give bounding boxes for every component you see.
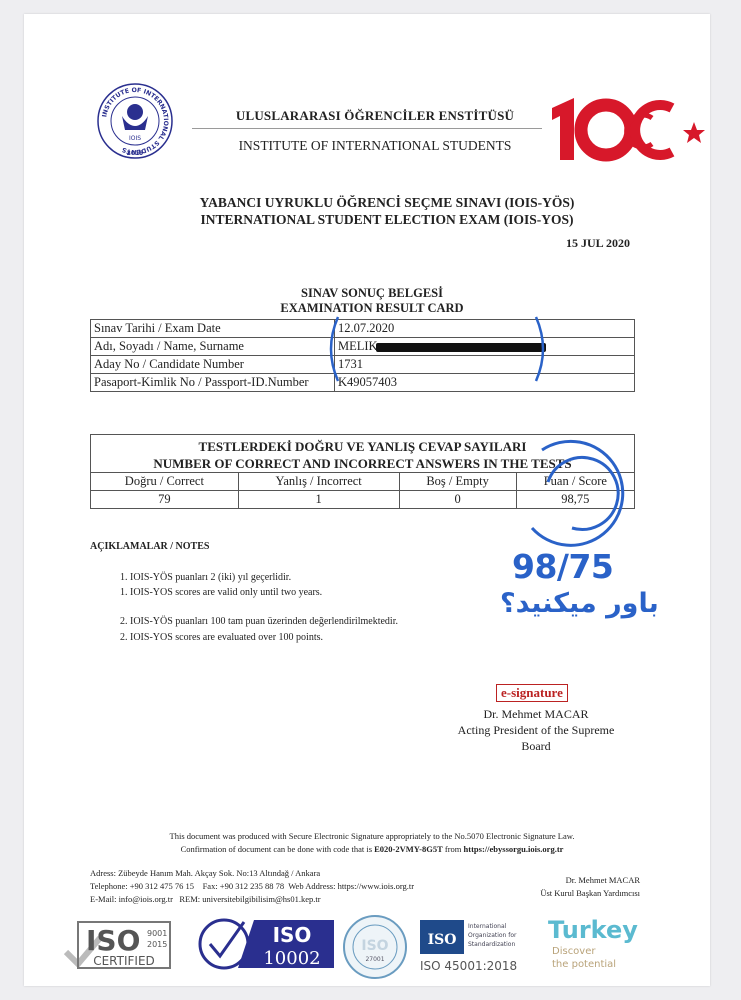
column-header-correct: Doğru / Correct <box>91 473 239 491</box>
svg-text:ISO: ISO <box>86 924 140 957</box>
svg-text:10002: 10002 <box>263 948 320 969</box>
signatory-title-line1: Acting President of the Supreme <box>426 722 646 738</box>
test-results-table: TESTLERDEKİ DOĞRU VE YANLIŞ CEVAP SAYILA… <box>90 434 635 509</box>
table-row: Sınav Tarihi / Exam Date 12.07.2020 <box>91 320 635 338</box>
web-address[interactable]: Web Address: https://www.iois.org.tr <box>288 881 414 891</box>
phone-fax-web: Telephone: +90 312 475 76 15 Fax: +90 31… <box>90 880 414 893</box>
note-2-en: 2. IOIS-YOS scores are evaluated over 10… <box>120 632 323 643</box>
note-1-tr: 1. IOIS-YÖS puanları 2 (iki) yıl geçerli… <box>120 572 291 583</box>
svg-text:International: International <box>468 923 507 930</box>
candidate-number-label: Aday No / Candidate Number <box>91 356 335 374</box>
column-header-incorrect: Yanlış / Incorrect <box>238 473 399 491</box>
svg-text:2015: 2015 <box>147 940 167 949</box>
svg-text:ISO 45001:2018: ISO 45001:2018 <box>420 959 517 973</box>
table-header-row: Doğru / Correct Yanlış / Incorrect Boş /… <box>91 473 635 491</box>
tests-title: TESTLERDEKİ DOĞRU VE YANLIŞ CEVAP SAYILA… <box>91 435 635 473</box>
name-visible-part: MELIK <box>338 339 378 353</box>
verification-link[interactable]: https://ebyssorgu.iois.org.tr <box>464 844 564 854</box>
email-rem: E-Mail: info@iois.org.tr REM: universite… <box>90 893 414 906</box>
name-value: MELIK <box>335 338 635 356</box>
iois-seal-logo: INSTITUTE OF INTERNATIONAL STUDENTS IOIS… <box>96 82 174 160</box>
name-redaction <box>376 343 546 352</box>
legal-notice: This document was produced with Secure E… <box>24 830 710 856</box>
iso-10002-logo: ISO 10002 <box>196 914 336 974</box>
column-header-empty: Boş / Empty <box>399 473 516 491</box>
name-label: Adı, Soyadı / Name, Surname <box>91 338 335 356</box>
svg-text:CERTIFIED: CERTIFIED <box>93 954 155 968</box>
svg-text:Organization for: Organization for <box>468 932 517 939</box>
signatory-title-line2: Board <box>426 738 646 754</box>
iso-45001-logo: ISO International Organization for Stand… <box>418 914 528 976</box>
turkey-discover-logo: Turkey Discover the potential <box>546 914 656 976</box>
incorrect-count: 1 <box>238 491 399 509</box>
exam-title-tr: YABANCI UYRUKLU ÖĞRENCİ SEÇME SINAVI (IO… <box>64 194 710 211</box>
rem-address: REM: universitebilgibilisim@hs01.kep.tr <box>179 894 320 904</box>
candidate-number-value: 1731 <box>335 356 635 374</box>
exam-date-label: Sınav Tarihi / Exam Date <box>91 320 335 338</box>
legal-line-2-mid: from <box>443 844 464 854</box>
signatory-block: Dr. Mehmet MACAR Acting President of the… <box>426 706 646 754</box>
result-card-title: SINAV SONUÇ BELGESİ EXAMINATION RESULT C… <box>24 286 710 316</box>
svg-text:IOIS: IOIS <box>129 135 141 142</box>
notes-heading: AÇIKLAMALAR / NOTES <box>90 541 209 552</box>
footer-signatory-name: Dr. Mehmet MACAR <box>540 874 640 887</box>
issue-date: 15 JUL 2020 <box>566 236 630 251</box>
note-2-tr: 2. IOIS-YÖS puanları 100 tam puan üzerin… <box>120 616 398 627</box>
tests-title-tr: TESTLERDEKİ DOĞRU VE YANLIŞ CEVAP SAYILA… <box>91 438 634 455</box>
passport-label: Pasaport-Kimlik No / Passport-ID.Number <box>91 374 335 392</box>
svg-text:ISO: ISO <box>273 923 312 947</box>
empty-count: 0 <box>399 491 516 509</box>
footer-signatory-title: Üst Kurul Başkan Yardımcısı <box>540 887 640 900</box>
result-card-title-tr: SINAV SONUÇ BELGESİ <box>34 286 710 301</box>
institute-name-en: INSTITUTE OF INTERNATIONAL STUDENTS <box>210 138 540 154</box>
legal-line-1: This document was produced with Secure E… <box>34 830 710 843</box>
iso-9001-logo: ISO 9001 2015 CERTIFIED <box>64 914 174 974</box>
column-header-score: Puan / Score <box>516 473 634 491</box>
annotation-persian-text: باور میکنید؟ <box>500 588 659 619</box>
svg-text:27001: 27001 <box>365 956 384 963</box>
contact-block: Adress: Zübeyde Hanım Mah. Akçay Sok. No… <box>90 867 414 906</box>
svg-text:9001: 9001 <box>147 929 167 938</box>
table-row: Adı, Soyadı / Name, Surname MELIK <box>91 338 635 356</box>
svg-text:Standardization: Standardization <box>468 941 515 948</box>
result-card-title-en: EXAMINATION RESULT CARD <box>34 301 710 316</box>
header-divider <box>192 128 542 129</box>
annotation-score-text: 98/75 <box>512 547 613 586</box>
institute-name-tr: ULUSLARARASI ÖĞRENCİLER ENSTİTÜSÜ <box>210 108 540 124</box>
passport-value: K49057403 <box>335 374 635 392</box>
verification-code: E020-2VMY-8G5T <box>374 844 443 854</box>
document-page: INSTITUTE OF INTERNATIONAL STUDENTS IOIS… <box>24 14 710 986</box>
table-title-row: TESTLERDEKİ DOĞRU VE YANLIŞ CEVAP SAYILA… <box>91 435 635 473</box>
centennial-100-logo <box>544 94 714 166</box>
footer-signatory: Dr. Mehmet MACAR Üst Kurul Başkan Yardım… <box>540 874 640 900</box>
table-row: Aday No / Candidate Number 1731 <box>91 356 635 374</box>
svg-text:ISO: ISO <box>361 938 388 954</box>
table-row: Pasaport-Kimlik No / Passport-ID.Number … <box>91 374 635 392</box>
score-value: 98,75 <box>516 491 634 509</box>
exam-date-value: 12.07.2020 <box>335 320 635 338</box>
signatory-name: Dr. Mehmet MACAR <box>426 706 646 722</box>
svg-text:the potential: the potential <box>552 959 616 970</box>
fax: Fax: +90 312 235 88 78 <box>203 881 285 891</box>
e-signature-stamp: e-signature <box>496 684 568 702</box>
svg-text:ISO: ISO <box>428 932 457 948</box>
exam-title-en: INTERNATIONAL STUDENT ELECTION EXAM (IOI… <box>64 211 710 228</box>
candidate-info-table: Sınav Tarihi / Exam Date 12.07.2020 Adı,… <box>90 319 635 392</box>
phone: Telephone: +90 312 475 76 15 <box>90 881 194 891</box>
note-1-en: 1. IOIS-YOS scores are valid only until … <box>120 587 322 598</box>
legal-line-2: Confirmation of document can be done wit… <box>34 843 710 856</box>
legal-line-2-prefix: Confirmation of document can be done wit… <box>181 844 375 854</box>
iso-27001-logo: ISO 27001 <box>342 914 408 980</box>
correct-count: 79 <box>91 491 239 509</box>
svg-text:Turkey: Turkey <box>548 916 638 944</box>
address: Adress: Zübeyde Hanım Mah. Akçay Sok. No… <box>90 867 414 880</box>
tests-title-en: NUMBER OF CORRECT AND INCORRECT ANSWERS … <box>91 455 634 472</box>
table-row: 79 1 0 98,75 <box>91 491 635 509</box>
svg-text:2019: 2019 <box>127 150 144 157</box>
email[interactable]: E-Mail: info@iois.org.tr <box>90 894 173 904</box>
exam-title: YABANCI UYRUKLU ÖĞRENCİ SEÇME SINAVI (IO… <box>24 194 710 228</box>
svg-text:Discover: Discover <box>552 946 596 957</box>
